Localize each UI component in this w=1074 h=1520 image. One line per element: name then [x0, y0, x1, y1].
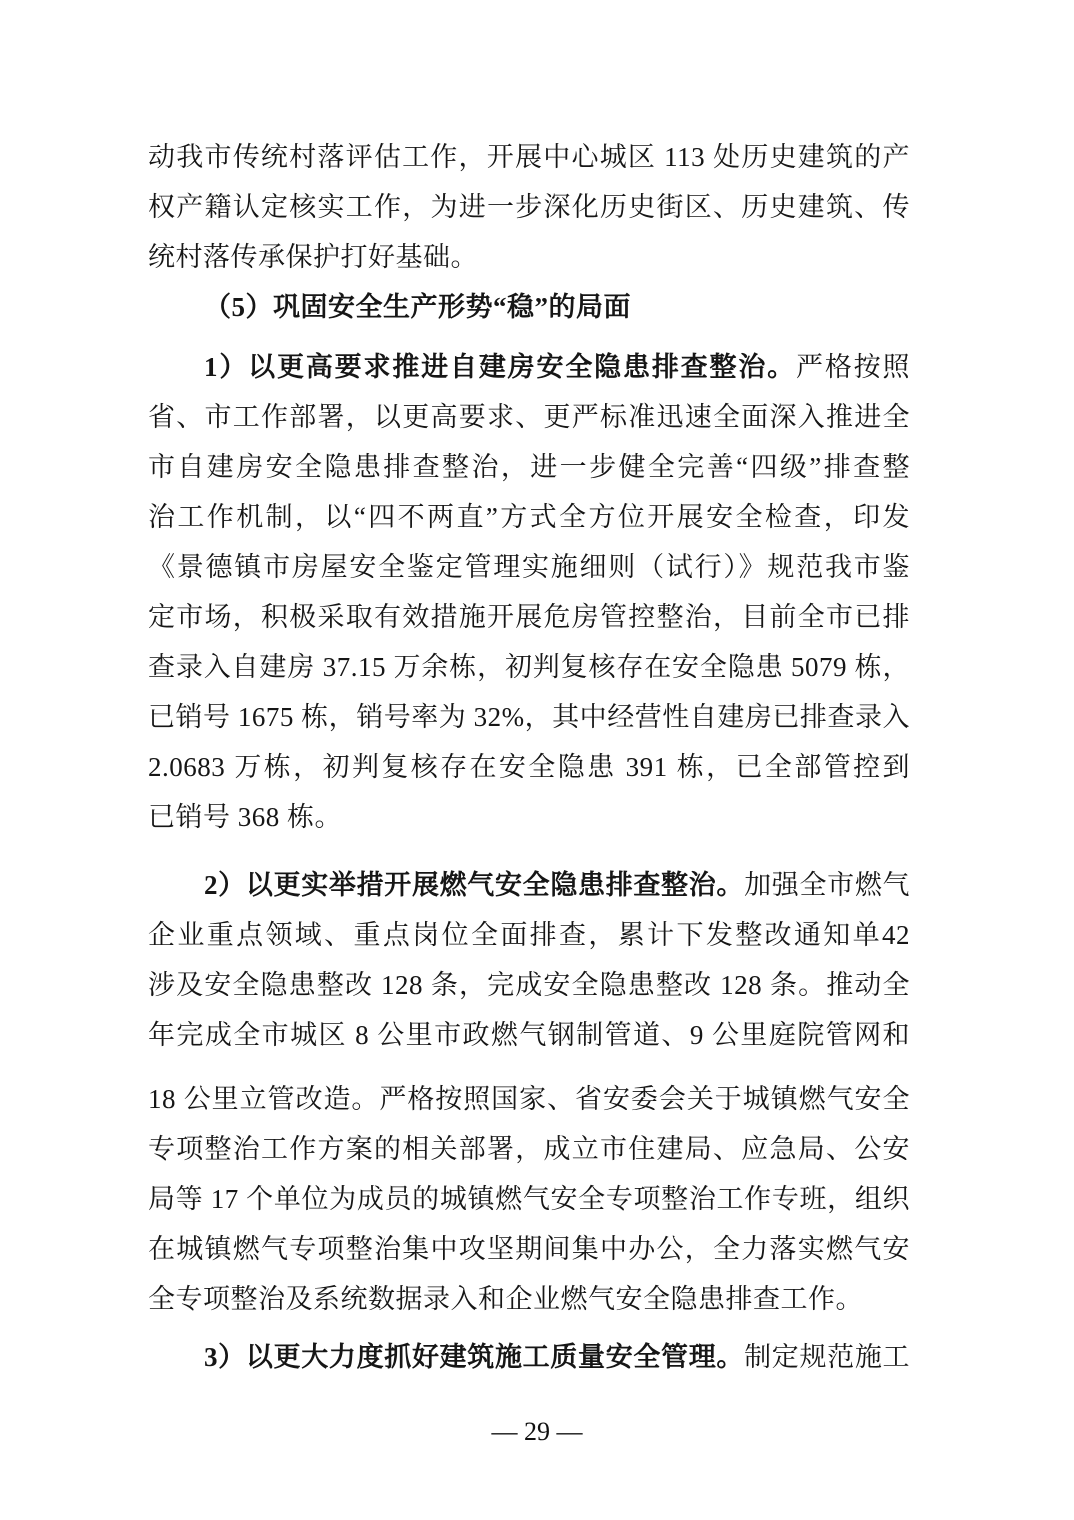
paragraph: 2）以更实举措开展燃气安全隐患排查整治。加强全市燃气企业重点领域、重点岗位全面排…: [148, 860, 910, 1060]
heading: （5）巩固安全生产形势“稳”的局面: [148, 282, 910, 332]
text-segment: 2）以更实举措开展燃气安全隐患排查整治。: [204, 870, 744, 900]
paragraph: 18 公里立管改造。严格按照国家、省安委会关于城镇燃气安全专项整治工作方案的相关…: [148, 1074, 910, 1324]
text-segment: 年完成全市城区 8 公里市政燃气钢制管道、9 公里庭院管网和: [148, 1020, 910, 1050]
text-line: 权产籍认定核实工作，为进一步深化历史街区、历史建筑、传: [148, 182, 910, 232]
paragraph: 动我市传统村落评估工作，开展中心城区 113 处历史建筑的产权产籍认定核实工作，…: [148, 132, 910, 282]
text-segment: 定市场，积极采取有效措施开展危房管控整治，目前全市已排: [148, 602, 910, 632]
text-segment: 已销号 1675 栋，销号率为 32%，其中经营性自建房已排查录入: [148, 702, 910, 732]
text-segment: 统村落传承保护打好基础。: [148, 242, 478, 272]
text-segment: 制定规范施工: [744, 1342, 910, 1372]
document-body: 动我市传统村落评估工作，开展中心城区 113 处历史建筑的产权产籍认定核实工作，…: [148, 132, 910, 1382]
text-segment: 专项整治工作方案的相关部署，成立市住建局、应急局、公安: [148, 1134, 910, 1164]
text-segment: 《景德镇市房屋安全鉴定管理实施细则（试行）》规范我市鉴: [148, 552, 910, 582]
text-line: 涉及安全隐患整改 128 条，完成安全隐患整改 128 条。推动全: [148, 960, 910, 1010]
text-line: 企业重点领域、重点岗位全面排查，累计下发整改通知单42 份，: [148, 910, 910, 960]
text-line: 3）以更大力度抓好建筑施工质量安全管理。制定规范施工: [148, 1332, 910, 1382]
text-line: 动我市传统村落评估工作，开展中心城区 113 处历史建筑的产: [148, 132, 910, 182]
text-segment: 全专项整治及系统数据录入和企业燃气安全隐患排查工作。: [148, 1284, 863, 1314]
paragraph: 1）以更高要求推进自建房安全隐患排查整治。严格按照部、省、市工作部署，以更高要求…: [148, 342, 910, 842]
text-segment: 查录入自建房 37.15 万余栋，初判复核存在安全隐患 5079 栋，: [148, 652, 910, 682]
text-line: 市自建房安全隐患排查整治，进一步健全完善“四级”排查整: [148, 442, 910, 492]
text-segment: 加强全市燃气: [744, 870, 910, 900]
text-line: （5）巩固安全生产形势“稳”的局面: [148, 282, 910, 332]
text-line: 1）以更高要求推进自建房安全隐患排查整治。严格按照部、: [148, 342, 910, 392]
text-segment: 18 公里立管改造。严格按照国家、省安委会关于城镇燃气安全: [148, 1084, 910, 1114]
text-segment: 企业重点领域、重点岗位全面排查，累计下发整改通知单42 份，: [148, 920, 910, 960]
text-segment: （5）巩固安全生产形势“稳”的局面: [204, 292, 631, 322]
paragraph: 3）以更大力度抓好建筑施工质量安全管理。制定规范施工: [148, 1332, 910, 1382]
text-segment: 权产籍认定核实工作，为进一步深化历史街区、历史建筑、传: [148, 192, 910, 222]
page-number: — 29 —: [0, 1412, 1074, 1452]
text-segment: 已销号 368 栋。: [148, 802, 342, 832]
text-segment: 治工作机制，以“四不两直”方式全方位开展安全检查，印发: [148, 502, 910, 532]
text-segment: 动我市传统村落评估工作，开展中心城区 113 处历史建筑的产: [148, 142, 910, 172]
text-segment: 1）以更高要求推进自建房安全隐患排查整治。: [204, 352, 796, 382]
text-segment: 3）以更大力度抓好建筑施工质量安全管理。: [204, 1342, 744, 1372]
text-segment: 涉及安全隐患整改 128 条，完成安全隐患整改 128 条。推动全: [148, 970, 910, 1000]
text-line: 定市场，积极采取有效措施开展危房管控整治，目前全市已排: [148, 592, 910, 642]
text-line: 年完成全市城区 8 公里市政燃气钢制管道、9 公里庭院管网和: [148, 1010, 910, 1060]
text-line: 在城镇燃气专项整治集中攻坚期间集中办公，全力落实燃气安: [148, 1224, 910, 1274]
text-segment: 市自建房安全隐患排查整治，进一步健全完善“四级”排查整: [148, 452, 910, 482]
text-line: 统村落传承保护打好基础。: [148, 232, 910, 282]
text-line: 2）以更实举措开展燃气安全隐患排查整治。加强全市燃气: [148, 860, 910, 910]
text-line: 省、市工作部署，以更高要求、更严标准迅速全面深入推进全: [148, 392, 910, 442]
text-line: 全专项整治及系统数据录入和企业燃气安全隐患排查工作。: [148, 1274, 910, 1324]
text-segment: 2.0683 万栋，初判复核存在安全隐患 391 栋，已全部管控到位，: [148, 752, 910, 792]
text-line: 已销号 1675 栋，销号率为 32%，其中经营性自建房已排查录入: [148, 692, 910, 742]
text-line: 局等 17 个单位为成员的城镇燃气安全专项整治工作专班，组织: [148, 1174, 910, 1224]
text-line: 《景德镇市房屋安全鉴定管理实施细则（试行）》规范我市鉴: [148, 542, 910, 592]
text-segment: 省、市工作部署，以更高要求、更严标准迅速全面深入推进全: [148, 402, 910, 432]
text-line: 治工作机制，以“四不两直”方式全方位开展安全检查，印发: [148, 492, 910, 542]
text-segment: 在城镇燃气专项整治集中攻坚期间集中办公，全力落实燃气安: [148, 1234, 910, 1264]
document-page: 动我市传统村落评估工作，开展中心城区 113 处历史建筑的产权产籍认定核实工作，…: [0, 0, 1074, 1520]
text-line: 2.0683 万栋，初判复核存在安全隐患 391 栋，已全部管控到位，: [148, 742, 910, 792]
text-line: 18 公里立管改造。严格按照国家、省安委会关于城镇燃气安全: [148, 1074, 910, 1124]
text-line: 查录入自建房 37.15 万余栋，初判复核存在安全隐患 5079 栋，: [148, 642, 910, 692]
text-line: 专项整治工作方案的相关部署，成立市住建局、应急局、公安: [148, 1124, 910, 1174]
text-segment: 局等 17 个单位为成员的城镇燃气安全专项整治工作专班，组织: [148, 1184, 910, 1214]
text-line: 已销号 368 栋。: [148, 792, 910, 842]
